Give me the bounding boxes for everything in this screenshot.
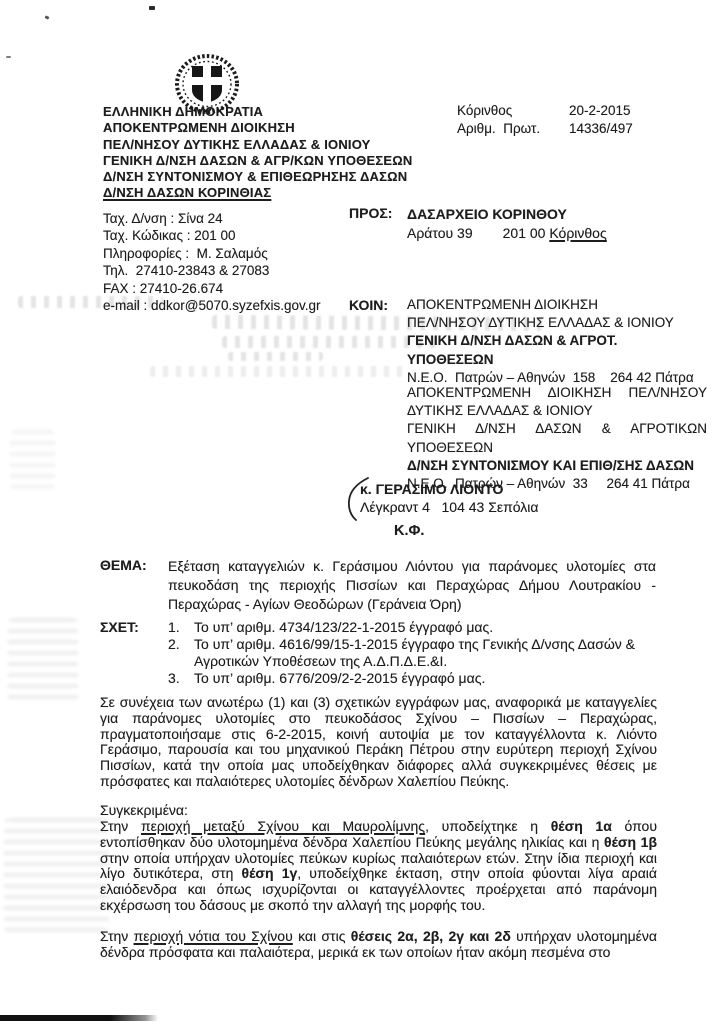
reference-text: Το υπ’ αριθμ. 4734/123/22-1-2015 έγγραφό… xyxy=(194,619,493,636)
contact-address: Ταχ. Δ/νση : Σίνα 24 xyxy=(103,210,321,227)
references-list: 1. Το υπ’ αριθμ. 4734/123/22-1-2015 έγγρ… xyxy=(168,619,660,687)
to-recipient-address: Αράτου 39201 00 Κόρινθος xyxy=(407,224,607,243)
org-line: ΑΠΟΚΕΝΤΡΩΜΕΝΗ ΔΙΟΙΚΗΣΗ xyxy=(103,120,412,136)
cc2-line: Δ/ΝΣΗ ΣΥΝΤΟΝΙΣΜΟΥ ΚΑΙ ΕΠΙΘ/ΣΗΣ ΔΑΣΩΝ xyxy=(407,457,707,475)
p2-text: , υποδείχτηκε η xyxy=(425,818,551,834)
initials-kf: Κ.Φ. xyxy=(394,523,424,539)
reference-item: 3. Το υπ’ αριθμ. 6776/209/2-2-2015 έγγρα… xyxy=(168,670,660,687)
to-street: Αράτου 39 xyxy=(407,225,473,241)
contact-fax: FAX : 27410-26.674 xyxy=(103,280,321,297)
date-protocol-block: Κόρινθος 20-2-2015 Αριθμ. Πρωτ. 14336/49… xyxy=(457,102,633,138)
scan-smudge xyxy=(222,336,437,348)
scan-smudge xyxy=(150,366,410,377)
cc1-line: ΠΕΛ/ΝΗΣΟΥ ΔΥΤΙΚΗΣ ΕΛΛΑΔΑΣ & ΙΟΝΙΟΥ xyxy=(407,314,707,332)
cc3-name: κ. ΓΕΡΑΣΙΜΟ ΛΙΟΝΤΟ xyxy=(360,481,539,499)
reference-number: 1. xyxy=(168,619,194,636)
reference-number: 2. xyxy=(168,636,194,670)
contact-person: Πληροφορίες : Μ. Σαλαμός xyxy=(103,245,321,262)
subject-text: Εξέταση καταγγελιών κ. Γεράσιμου Λιόντου… xyxy=(168,557,656,614)
cc-recipient-1: ΑΠΟΚΕΝΤΡΩΜΕΝΗ ΔΙΟΙΚΗΣΗ ΠΕΛ/ΝΗΣΟΥ ΔΥΤΙΚΗΣ… xyxy=(407,296,707,387)
reference-number: 3. xyxy=(168,670,194,687)
org-line-directorate: Δ/ΝΣΗ ΔΑΣΩΝ ΚΟΡΙΝΘΙΑΣ xyxy=(103,185,412,201)
p2-position-1b: θέση 1β xyxy=(604,834,657,850)
to-city: Κόρινθος xyxy=(549,225,606,241)
cc2-line: ΔΥΤΙΚΗΣ ΕΛΛΑΔΑΣ & ΙΟΝΙΟΥ xyxy=(407,402,707,420)
to-recipient-name: ΔΑΣΑΡΧΕΙΟ ΚΟΡΙΝΘΟΥ xyxy=(407,205,607,224)
cc2-line: ΥΠΟΘΕΣΕΩΝ xyxy=(407,439,707,457)
scanned-letter-page: ΕΛΛΗΝΙΚΗ ΔΗΜΟΚΡΑΤΙΑ ΑΠΟΚΕΝΤΡΩΜΕΝΗ ΔΙΟΙΚΗ… xyxy=(0,0,723,1024)
protocol-label: Αριθμ. Πρωτ. xyxy=(457,120,569,138)
cc1-line: ΑΠΟΚΕΝΤΡΩΜΕΝΗ ΔΙΟΙΚΗΣΗ xyxy=(407,296,707,314)
scan-artifact-bar xyxy=(0,1015,158,1021)
contact-block: Ταχ. Δ/νση : Σίνα 24 Ταχ. Κώδικας : 201 … xyxy=(103,210,321,314)
scan-speck xyxy=(6,56,11,58)
org-line: ΕΛΛΗΝΙΚΗ ΔΗΜΟΚΡΑΤΙΑ xyxy=(103,104,412,120)
to-block: ΔΑΣΑΡΧΕΙΟ ΚΟΡΙΝΘΟΥ Αράτου 39201 00 Κόριν… xyxy=(407,205,607,243)
cc-recipient-3: κ. ΓΕΡΑΣΙΜΟ ΛΙΟΝΤΟ Λέγκραντ 4 104 43 Σεπ… xyxy=(360,481,539,516)
protocol-number: 14336/497 xyxy=(569,120,633,138)
issuing-org-block: ΕΛΛΗΝΙΚΗ ΔΗΜΟΚΡΑΤΙΑ ΑΠΟΚΕΝΤΡΩΜΕΝΗ ΔΙΟΙΚΗ… xyxy=(103,104,412,202)
cc2-line: ΑΠΟΚΕΝΤΡΩΜΕΝΗ ΔΙΟΙΚΗΣΗ ΠΕΛ/ΝΗΣΟΥ xyxy=(407,384,707,402)
p2-position-1c: θέση 1γ xyxy=(242,865,298,881)
scan-speck xyxy=(149,6,155,10)
scan-smudge xyxy=(228,352,323,361)
scan-smudge xyxy=(8,618,78,703)
to-label: ΠΡΟΣ: xyxy=(349,205,392,221)
references-label: ΣΧΕΤ: xyxy=(100,619,139,635)
p2-position-1a: θέση 1α xyxy=(551,818,612,834)
cc1-line: ΓΕΝΙΚΗ Δ/ΝΣΗ ΔΑΣΩΝ & ΑΓΡΟΤ. xyxy=(407,332,707,350)
p2-text: Στην xyxy=(100,818,141,834)
org-line: ΓΕΝΙΚΗ Δ/ΝΣΗ ΔΑΣΩΝ & ΑΓΡ/ΚΩΝ ΥΠΟΘΕΣΕΩΝ xyxy=(103,153,412,169)
org-line: ΠΕΛ/ΝΗΣΟΥ ΔΥΤΙΚΗΣ ΕΛΛΑΔΑΣ & ΙΟΝΙΟΥ xyxy=(103,137,412,153)
cc2-line: ΓΕΝΙΚΗ Δ/ΝΣΗ ΔΑΣΩΝ & ΑΓΡΟΤΙΚΩΝ xyxy=(407,420,707,438)
contact-phone: Τηλ. 27410-23843 & 27083 xyxy=(103,262,321,279)
org-line: Δ/ΝΣΗ ΣΥΝΤΟΝΙΣΜΟΥ & ΕΠΙΘΕΩΡΗΣΗΣ ΔΑΣΩΝ xyxy=(103,169,412,185)
p3-text: και στις xyxy=(293,928,351,944)
issue-city: Κόρινθος xyxy=(457,102,569,120)
subject-label: ΘΕΜΑ: xyxy=(100,557,147,573)
cc-label: ΚΟΙΝ: xyxy=(349,297,388,313)
p3-text: Στην xyxy=(100,928,134,944)
contact-email: e-mail : ddkor@5070.syzefxis.gov.gr xyxy=(103,297,321,314)
scan-smudge xyxy=(4,818,109,933)
body-paragraph-2: Στην περιοχή μεταξύ Σχίνου και Μαυρολίμν… xyxy=(100,819,657,914)
cc-recipient-2: ΑΠΟΚΕΝΤΡΩΜΕΝΗ ΔΙΟΙΚΗΣΗ ΠΕΛ/ΝΗΣΟΥ ΔΥΤΙΚΗΣ… xyxy=(407,384,707,493)
issue-date: 20-2-2015 xyxy=(569,102,631,120)
body-paragraph-3: Στην περιοχή νότια του Σχίνου και στις θ… xyxy=(100,929,657,961)
reference-text: Το υπ’ αριθμ. 6776/209/2-2-2015 έγγραφό … xyxy=(194,670,485,687)
p2-underlined-area: περιοχή μεταξύ Σχίνου και Μαυρολίμνης xyxy=(141,818,425,834)
reference-item: 2. Το υπ’ αριθμ. 4616/99/15-1-2015 έγγρα… xyxy=(168,636,660,670)
reference-text: Το υπ’ αριθμ. 4616/99/15-1-2015 έγγραφο … xyxy=(194,636,660,670)
cc1-line: ΥΠΟΘΕΣΕΩΝ xyxy=(407,351,707,369)
body-paragraph-1: Σε συνέχεια των ανωτέρω (1) και (3) σχετ… xyxy=(100,695,657,790)
cc3-address: Λέγκραντ 4 104 43 Σεπόλια xyxy=(360,499,539,517)
p3-underlined-area: περιοχή νότια του Σχίνου xyxy=(134,928,293,944)
reference-item: 1. Το υπ’ αριθμ. 4734/123/22-1-2015 έγγρ… xyxy=(168,619,660,636)
scan-speck xyxy=(45,15,50,19)
p3-positions-2: θέσεις 2α, 2β, 2γ και 2δ xyxy=(351,928,511,944)
specifically-label: Συγκεκριμένα: xyxy=(100,802,188,818)
to-zip: 201 00 xyxy=(503,225,546,241)
scan-smudge xyxy=(10,430,55,490)
contact-postal-code: Ταχ. Κώδικας : 201 00 xyxy=(103,227,321,244)
